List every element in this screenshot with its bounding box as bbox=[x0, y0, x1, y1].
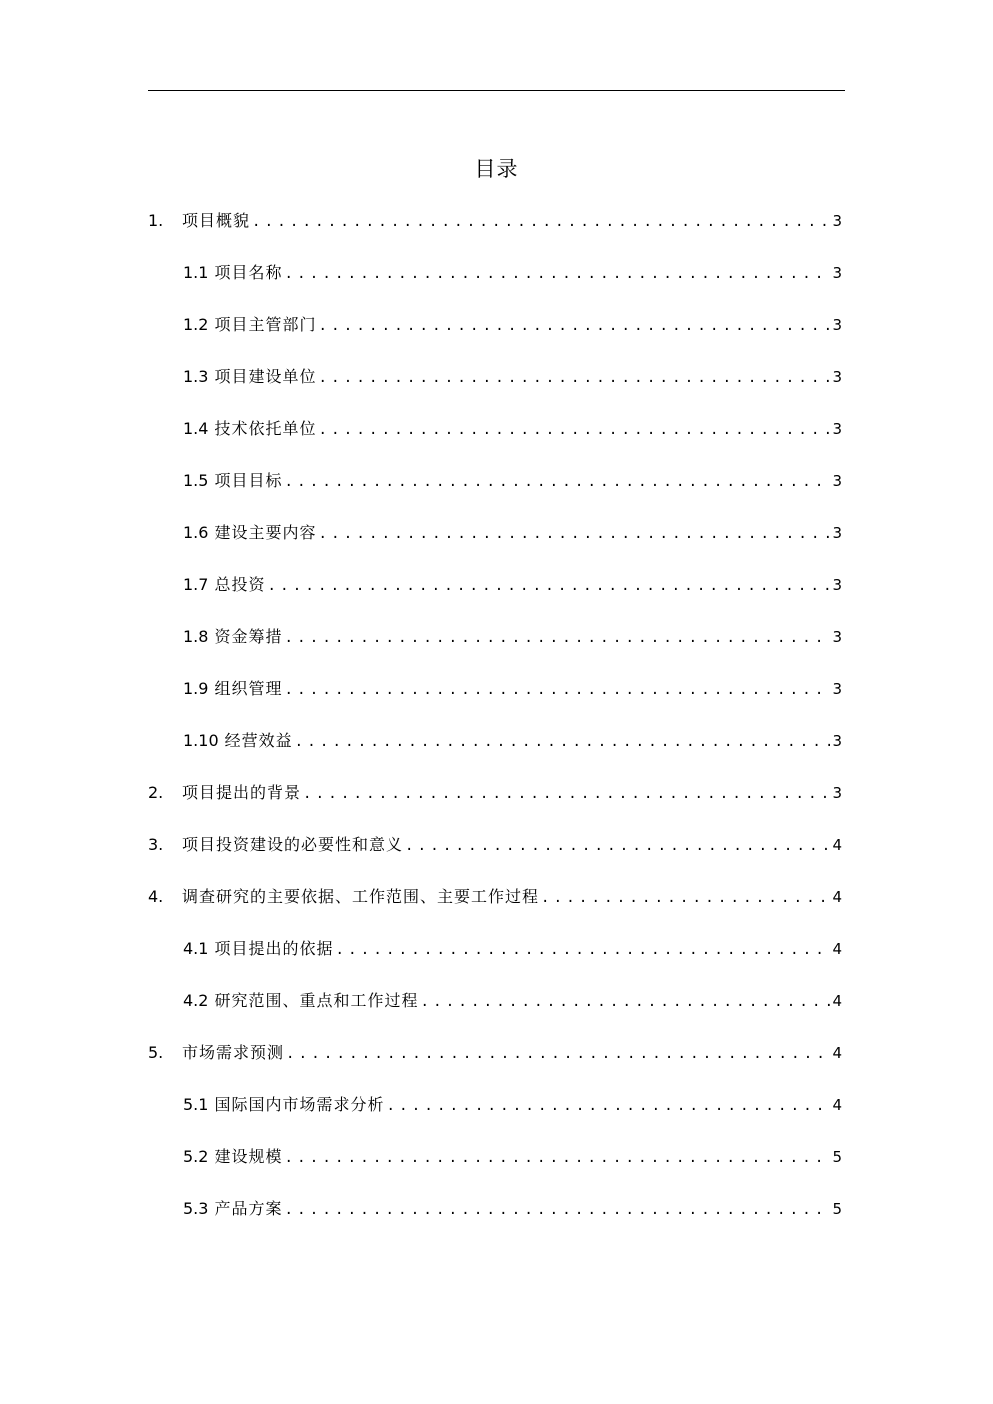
toc-entry-label: 项目提出的背景 bbox=[182, 780, 301, 806]
toc-entry-number: 5.1 bbox=[183, 1092, 208, 1118]
toc-entry[interactable]: 4.1 项目提出的依据 4 bbox=[148, 936, 845, 988]
toc-entry-number: 1.8 bbox=[183, 624, 208, 650]
toc-entry-label: 项目投资建设的必要性和意义 bbox=[182, 832, 403, 858]
header-rule bbox=[148, 90, 845, 91]
dot-leader bbox=[541, 885, 830, 911]
toc-entry[interactable]: 5.3 产品方案 5 bbox=[148, 1196, 845, 1248]
toc-entry-number: 1.1 bbox=[183, 260, 208, 286]
dot-leader bbox=[318, 313, 830, 339]
toc-entry-label: 建设主要内容 bbox=[214, 520, 316, 546]
toc-entry[interactable]: 5.1 国际国内市场需求分析 4 bbox=[148, 1092, 845, 1144]
toc-entry-page: 4 bbox=[832, 1040, 842, 1066]
toc-entry-number: 4. bbox=[148, 884, 182, 910]
toc-entry-number: 1.9 bbox=[183, 676, 208, 702]
toc-entry-page: 3 bbox=[832, 676, 842, 702]
toc-entry-label: 建设规模 bbox=[214, 1144, 282, 1170]
toc-entry-page: 3 bbox=[832, 260, 842, 286]
table-of-contents: 1. 项目概貌 3 1.1 项目名称 3 1.2 项目主管部门 3 1.3 项目… bbox=[148, 208, 845, 1248]
toc-entry-page: 3 bbox=[832, 468, 842, 494]
toc-entry-number: 1.3 bbox=[183, 364, 208, 390]
toc-entry-label: 国际国内市场需求分析 bbox=[214, 1092, 384, 1118]
toc-entry-label: 组织管理 bbox=[214, 676, 282, 702]
toc-entry-page: 4 bbox=[832, 1092, 842, 1118]
toc-entry-number: 4.1 bbox=[183, 936, 208, 962]
dot-leader bbox=[335, 937, 830, 963]
toc-entry[interactable]: 4.2 研究范围、重点和工作过程 4 bbox=[148, 988, 845, 1040]
dot-leader bbox=[267, 573, 830, 599]
toc-entry-page: 3 bbox=[832, 364, 842, 390]
dot-leader bbox=[318, 365, 830, 391]
toc-entry-label: 项目目标 bbox=[214, 468, 282, 494]
toc-entry-number: 3. bbox=[148, 832, 182, 858]
dot-leader bbox=[295, 729, 831, 755]
toc-entry-page: 3 bbox=[832, 312, 842, 338]
toc-entry-number: 5. bbox=[148, 1040, 182, 1066]
toc-entry-number: 4.2 bbox=[183, 988, 208, 1014]
toc-entry-label: 研究范围、重点和工作过程 bbox=[214, 988, 418, 1014]
dot-leader bbox=[405, 833, 830, 859]
toc-entry[interactable]: 1.8 资金筹措 3 bbox=[148, 624, 845, 676]
toc-entry[interactable]: 5. 市场需求预测 4 bbox=[148, 1040, 845, 1092]
toc-entry[interactable]: 1.3 项目建设单位 3 bbox=[148, 364, 845, 416]
toc-entry-page: 4 bbox=[832, 936, 842, 962]
toc-entry[interactable]: 1. 项目概貌 3 bbox=[148, 208, 845, 260]
toc-entry[interactable]: 1.2 项目主管部门 3 bbox=[148, 312, 845, 364]
dot-leader bbox=[318, 521, 830, 547]
toc-entry-page: 3 bbox=[832, 728, 842, 754]
toc-entry-number: 1. bbox=[148, 208, 182, 234]
toc-entry-number: 1.6 bbox=[183, 520, 208, 546]
toc-entry-number: 2. bbox=[148, 780, 182, 806]
toc-entry-page: 4 bbox=[832, 884, 842, 910]
toc-entry-number: 5.2 bbox=[183, 1144, 208, 1170]
toc-entry-label: 产品方案 bbox=[214, 1196, 282, 1222]
toc-entry-label: 调查研究的主要依据、工作范围、主要工作过程 bbox=[182, 884, 539, 910]
toc-entry-number: 1.2 bbox=[183, 312, 208, 338]
toc-entry-page: 3 bbox=[832, 780, 842, 806]
toc-entry[interactable]: 3. 项目投资建设的必要性和意义 4 bbox=[148, 832, 845, 884]
toc-entry[interactable]: 1.7 总投资 3 bbox=[148, 572, 845, 624]
toc-entry-label: 总投资 bbox=[214, 572, 265, 598]
toc-entry-label: 市场需求预测 bbox=[182, 1040, 284, 1066]
toc-entry-label: 项目概貌 bbox=[182, 208, 250, 234]
toc-entry-page: 3 bbox=[832, 572, 842, 598]
toc-title: 目录 bbox=[0, 155, 993, 183]
toc-entry-label: 技术依托单位 bbox=[214, 416, 316, 442]
toc-entry-label: 资金筹措 bbox=[214, 624, 282, 650]
dot-leader bbox=[284, 469, 830, 495]
toc-entry-number: 1.5 bbox=[183, 468, 208, 494]
dot-leader bbox=[284, 677, 830, 703]
dot-leader bbox=[386, 1093, 830, 1119]
toc-entry-number: 1.7 bbox=[183, 572, 208, 598]
dot-leader bbox=[286, 1041, 830, 1067]
toc-entry-number: 5.3 bbox=[183, 1196, 208, 1222]
toc-entry-page: 4 bbox=[832, 988, 842, 1014]
toc-entry[interactable]: 5.2 建设规模 5 bbox=[148, 1144, 845, 1196]
dot-leader bbox=[420, 989, 830, 1015]
dot-leader bbox=[303, 781, 830, 807]
toc-entry[interactable]: 2. 项目提出的背景 3 bbox=[148, 780, 845, 832]
dot-leader bbox=[284, 1145, 830, 1171]
toc-entry[interactable]: 1.4 技术依托单位 3 bbox=[148, 416, 845, 468]
toc-entry-page: 3 bbox=[832, 624, 842, 650]
toc-entry[interactable]: 1.9 组织管理 3 bbox=[148, 676, 845, 728]
toc-entry[interactable]: 1.6 建设主要内容 3 bbox=[148, 520, 845, 572]
toc-entry-page: 4 bbox=[832, 832, 842, 858]
toc-entry-number: 1.10 bbox=[183, 728, 219, 754]
dot-leader bbox=[284, 1197, 830, 1223]
toc-entry-label: 项目建设单位 bbox=[214, 364, 316, 390]
toc-entry[interactable]: 1.1 项目名称 3 bbox=[148, 260, 845, 312]
toc-entry-label: 经营效益 bbox=[225, 728, 293, 754]
toc-entry-page: 3 bbox=[832, 520, 842, 546]
toc-entry-label: 项目主管部门 bbox=[214, 312, 316, 338]
dot-leader bbox=[284, 625, 830, 651]
toc-entry-page: 5 bbox=[832, 1144, 842, 1170]
toc-entry-label: 项目提出的依据 bbox=[214, 936, 333, 962]
toc-entry-page: 3 bbox=[832, 416, 842, 442]
toc-entry-page: 3 bbox=[832, 208, 842, 234]
dot-leader bbox=[318, 417, 830, 443]
toc-entry-label: 项目名称 bbox=[214, 260, 282, 286]
dot-leader bbox=[252, 209, 830, 235]
dot-leader bbox=[284, 261, 830, 287]
toc-entry[interactable]: 1.5 项目目标 3 bbox=[148, 468, 845, 520]
toc-entry[interactable]: 4. 调查研究的主要依据、工作范围、主要工作过程 4 bbox=[148, 884, 845, 936]
toc-entry[interactable]: 1.10 经营效益 3 bbox=[148, 728, 845, 780]
toc-entry-page: 5 bbox=[832, 1196, 842, 1222]
toc-entry-number: 1.4 bbox=[183, 416, 208, 442]
